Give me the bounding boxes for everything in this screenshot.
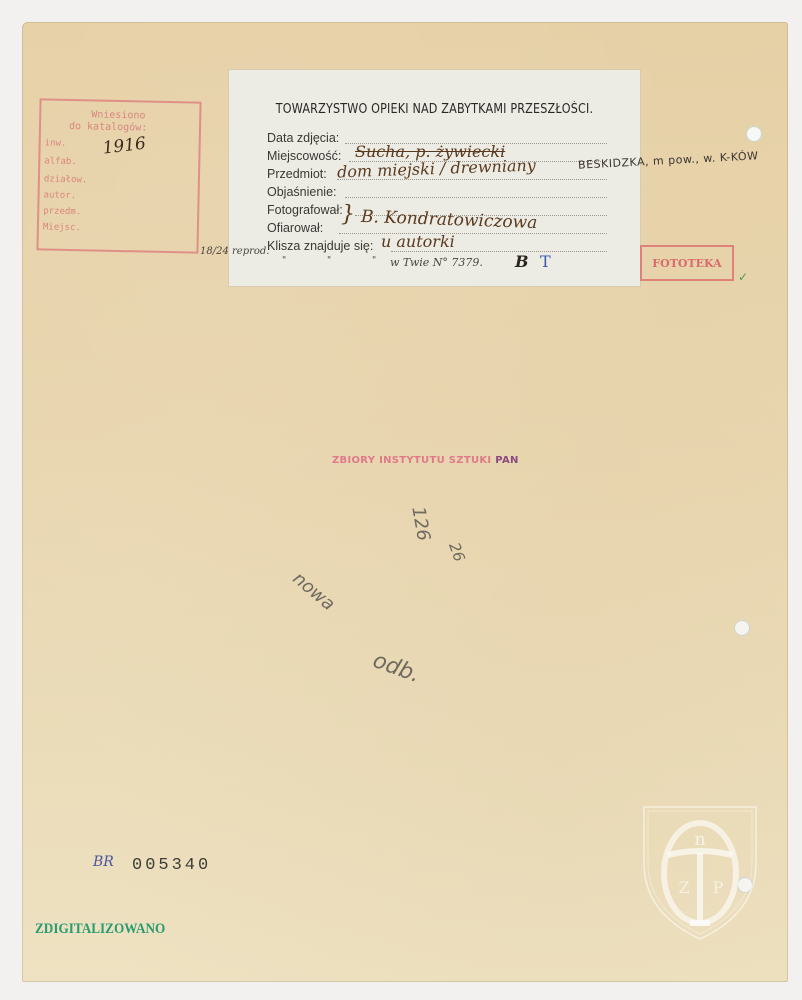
mark-blue: T [540, 252, 551, 271]
stamp-row: inw. [45, 138, 67, 148]
punch-hole [734, 620, 750, 636]
label-title: TOWARZYSTWO OPIEKI NAD ZABYTKAMI PRZESZŁ… [258, 102, 611, 117]
catalog-stamp: Wniesiono do katalogów: inw. alfab. dzia… [36, 98, 201, 253]
ditto-mark: " [372, 256, 376, 266]
ditto-mark: " [282, 256, 286, 266]
check-mark: ✓ [738, 270, 748, 284]
stamp-header-2: do katalogów: [69, 121, 147, 134]
society-label: TOWARZYSTWO OPIEKI NAD ZABYTKAMI PRZESZŁ… [229, 70, 640, 286]
svg-text:P: P [713, 878, 724, 897]
svg-text:n: n [694, 829, 706, 850]
catalog-year: 1916 [102, 134, 147, 159]
collection-stamp: ZBIORY INSTYTUTU SZTUKI PAN [332, 455, 519, 466]
inventory-prefix: BR [93, 854, 114, 870]
stamp-row: autor. [43, 190, 76, 201]
ditto-mark: " [327, 256, 331, 266]
bracket: } [341, 202, 355, 227]
stamp-row: Miejsc. [43, 222, 81, 233]
stamp-row: przedm. [43, 206, 81, 217]
stamp-row: działow. [44, 174, 88, 185]
digitized-stamp: ZDIGITALIZOWANO [35, 921, 165, 938]
fototeka-stamp: FOTOTEKA [640, 245, 734, 281]
svg-text:Z: Z [678, 878, 689, 897]
punch-hole [746, 126, 762, 142]
note-register: w Twie N° 7379. [390, 256, 483, 269]
note-prefix: 18/24 reprod. [200, 246, 269, 257]
inventory-number: 005340 [132, 856, 211, 875]
shield-emblem-icon: n Z P [640, 803, 760, 943]
value-klisza: u autorki [381, 232, 455, 251]
mark-b: B [515, 252, 529, 271]
stamp-row: alfab. [44, 156, 77, 167]
stamp-header-1: Wniesiono [91, 109, 145, 121]
field-objasnienie: Objaśnienie: [267, 182, 607, 200]
